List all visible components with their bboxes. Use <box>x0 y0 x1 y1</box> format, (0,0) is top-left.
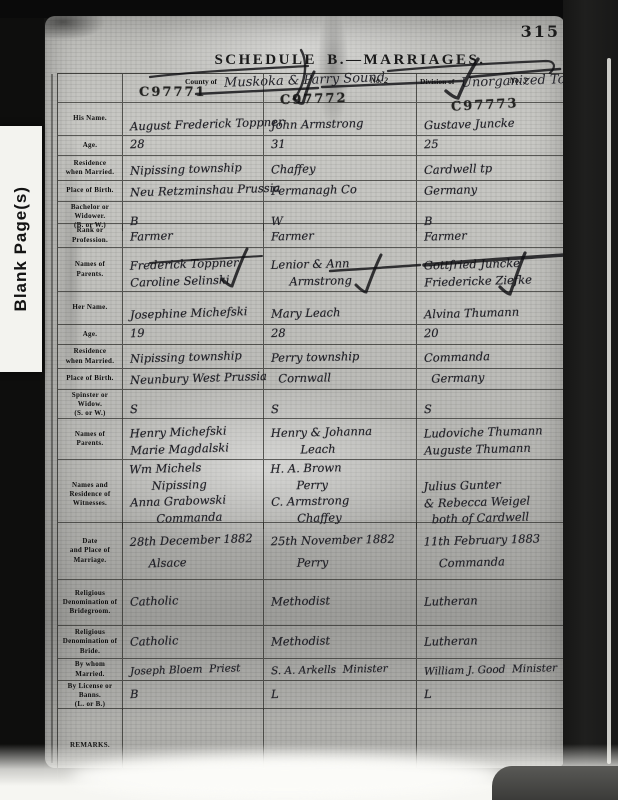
entry-text: Fermanagh Co <box>271 181 357 199</box>
entry-text: Methodist <box>271 632 330 650</box>
entry-cell: John Armstrong <box>264 103 417 135</box>
entry-text: Neu Retzminshau Prussia <box>130 180 281 201</box>
table-row: Rank or Profession. Farmer Farmer Farmer <box>58 224 564 248</box>
entry-cell: Cornwall <box>264 369 417 389</box>
entry-cell: Henry & Johanna Leach <box>264 419 417 459</box>
entry-cell: Nipissing township <box>123 156 264 180</box>
table-row: Place of Birth. Neunbury West Prussia Co… <box>58 369 564 390</box>
entry-cell: H. A. Brown Perry C. Armstrong Chaffey <box>264 460 417 529</box>
entry-text: Lutheran <box>424 592 478 610</box>
entry-cell: Mary Leach <box>264 292 417 324</box>
entry-text: Germany <box>424 182 478 200</box>
table-row: Names and Residence of Witnesses. Wm Mic… <box>58 460 564 523</box>
entry-text: Gustave Juncke <box>424 115 515 134</box>
table-row: Religious Denomination of Bridegroom. Ca… <box>58 580 564 626</box>
table-row: Residence when Married. Nipissing townsh… <box>58 345 564 369</box>
bottom-right-shadow <box>492 766 618 800</box>
entry-text: 25 <box>424 136 439 153</box>
entry-cell: Lenior & Ann Armstrong <box>264 248 417 291</box>
entry-cell: Henry Michefski Marie Magdalski <box>123 419 264 459</box>
entry-text: Nipissing township <box>130 160 242 180</box>
row-label: Age. <box>58 136 123 155</box>
table-row: Place of Birth. Neu Retzminshau Prussia … <box>58 181 564 202</box>
table-row: By License or Banns. (L. or B.) B L L <box>58 681 564 709</box>
entry-cell: B <box>123 681 264 710</box>
page-number: 315 <box>521 22 560 41</box>
entry-text: 28 <box>130 136 145 153</box>
entry-text: Chaffey <box>271 161 316 179</box>
entry-text: S <box>424 401 432 418</box>
entry-text: John Armstrong <box>271 115 364 134</box>
entry-cell: 19 <box>123 325 264 344</box>
row-label: Names and Residence of Witnesses. <box>58 460 123 529</box>
entry-cell: 28 <box>264 325 417 344</box>
entry-cell: Frederick Toppner Caroline Selinski <box>123 248 264 291</box>
entry-text: Henry Michefski Marie Magdalski <box>130 422 230 458</box>
entry-cell: Farmer <box>417 224 564 247</box>
entry-text: Neunbury West Prussia <box>130 368 267 389</box>
entry-cell: 25th November 1882 Perry <box>264 523 417 579</box>
row-label: Place of Birth. <box>58 369 123 389</box>
entry-text: Lutheran <box>424 632 478 650</box>
entry-text: 25th November 1882 Perry <box>271 528 396 578</box>
row-label: Age. <box>58 325 123 344</box>
table-row: Age. 19 28 20 <box>58 325 564 345</box>
entry-text: Perry township <box>271 348 360 367</box>
entry-cell: Farmer <box>123 224 264 247</box>
entry-text: Catholic <box>130 592 179 610</box>
entry-text: H. A. Brown Perry C. Armstrong Chaffey <box>270 459 350 527</box>
row-label: His Name. <box>58 103 123 135</box>
table-row: Date and Place of Marriage. 28th Decembe… <box>58 523 564 580</box>
entry-cell: Cardwell tp <box>417 156 564 180</box>
row-label: Spinster or Widow. (S. or W.) <box>58 390 123 419</box>
entry-cell: Gottfried Juncke Friedericke Ziefke <box>417 248 564 291</box>
entry-cell: 28 <box>123 136 264 155</box>
left-border <box>0 0 44 800</box>
table-row: Religious Denomination of Bride. Catholi… <box>58 626 564 659</box>
row-label: Residence when Married. <box>58 156 123 180</box>
entry-cell: Josephine Michefski <box>123 292 264 324</box>
entry-cell: 20 <box>417 325 564 344</box>
entry-cell: Julius Gunter & Rebecca Weigel both of C… <box>417 460 564 529</box>
entry-cell: Nipissing township <box>123 345 264 368</box>
column-number: No. 3 <box>509 76 527 85</box>
entry-cell: August Frederick Toppner <box>123 103 264 135</box>
entry-text: Cornwall <box>271 370 331 388</box>
table-row: Bachelor or Widower. (B. or W.) B W B <box>58 202 564 224</box>
table-row: By whom Married. Joseph Bloem Priest S. … <box>58 659 564 681</box>
entry-cell: Joseph Bloem Priest <box>123 659 264 680</box>
entry-text: S <box>130 400 138 417</box>
row-label: Religious Denomination of Bridegroom. <box>58 580 123 625</box>
entry-cell: Chaffey <box>264 156 417 180</box>
certificate-number: C97771 <box>139 85 207 100</box>
entry-cell: 28th December 1882 Alsace <box>123 523 264 579</box>
entry-text: Alvina Thumann <box>424 304 520 323</box>
row-label: Date and Place of Marriage. <box>58 523 123 579</box>
entry-cell: Catholic <box>123 626 264 658</box>
entry-cell: Farmer <box>264 224 417 247</box>
register-table: C97771 No. 2 C97772 No. 3 C97773 His Nam… <box>57 73 564 784</box>
column-number: No. 2 <box>370 76 388 85</box>
entry-cell: S <box>123 390 264 419</box>
entry-cell: L <box>417 681 564 710</box>
certificate-row: C97771 No. 2 C97772 No. 3 C97773 <box>58 74 564 103</box>
entry-cell: Germany <box>417 369 564 389</box>
entry-text: Methodist <box>271 593 330 611</box>
row-label: Rank or Profession. <box>58 224 123 247</box>
entry-cell: S. A. Arkells Minister <box>264 659 417 680</box>
entry-text: 11th February 1883 Commanda <box>423 528 541 579</box>
table-row: Her Name. Josephine Michefski Mary Leach… <box>58 292 564 325</box>
entry-cell: Lutheran <box>417 626 564 658</box>
entry-text: William J. Good Minister <box>424 661 558 680</box>
table-row: Names of Parents. Frederick Toppner Caro… <box>58 248 564 292</box>
page-title: SCHEDULE B.—MARRIAGES. <box>90 52 610 69</box>
register-page: SCHEDULE B.—MARRIAGES. County of Muskoka… <box>45 16 565 768</box>
entry-text: L <box>424 686 432 703</box>
entry-text: 28th December 1882 Alsace <box>129 527 254 579</box>
entry-cell: L <box>264 681 417 710</box>
entry-cell: Methodist <box>264 626 417 658</box>
entry-text: S <box>271 401 279 418</box>
entry-text: 19 <box>130 325 145 342</box>
entry-cell: S <box>264 390 417 419</box>
entry-cell: Germany <box>417 181 564 201</box>
entry-text: Frederick Toppner Caroline Selinski <box>130 254 240 291</box>
entry-cell: Gustave Juncke <box>417 103 564 135</box>
table-row: Age. 28 31 25 <box>58 136 564 156</box>
entry-text: Ludoviche Thumann Auguste Thumann <box>424 422 544 459</box>
certificate-cell: No. 2 C97772 <box>264 74 417 102</box>
entry-text: 31 <box>271 136 286 153</box>
entry-text: Commanda <box>424 348 490 367</box>
page-edge-line <box>607 58 611 764</box>
row-label: Residence when Married. <box>58 345 123 368</box>
entry-text: Lenior & Ann Armstrong <box>271 255 352 290</box>
entry-text: S. A. Arkells Minister <box>271 662 388 680</box>
entry-text: Mary Leach <box>271 305 341 323</box>
entry-text: Germany <box>424 369 485 387</box>
row-label: By License or Banns. (L. or B.) <box>58 681 123 710</box>
entry-text: Farmer <box>271 228 314 246</box>
entry-text: B <box>130 686 139 703</box>
entry-text: 28 <box>271 325 286 342</box>
row-label: Religious Denomination of Bride. <box>58 626 123 658</box>
entry-cell: Methodist <box>264 580 417 625</box>
table-row: Spinster or Widow. (S. or W.) S S S <box>58 390 564 419</box>
entry-cell: Alvina Thumann <box>417 292 564 324</box>
table-row: Residence when Married. Nipissing townsh… <box>58 156 564 181</box>
row-label: Her Name. <box>58 292 123 324</box>
entry-text: Joseph Bloem Priest <box>130 661 241 680</box>
entry-cell: Neunbury West Prussia <box>123 369 264 389</box>
entry-cell: Fermanagh Co <box>264 181 417 201</box>
entry-cell: 31 <box>264 136 417 155</box>
entry-cell: S <box>417 390 564 419</box>
entry-cell: Lutheran <box>417 580 564 625</box>
entry-text: Henry & Johanna Leach <box>271 423 373 458</box>
entry-cell: 25 <box>417 136 564 155</box>
entry-text: Wm Michels Nipissing Anna Grabowski Comm… <box>129 459 227 529</box>
entry-cell: Ludoviche Thumann Auguste Thumann <box>417 419 564 459</box>
entry-text: Josephine Michefski <box>130 303 248 323</box>
entry-cell: 11th February 1883 Commanda <box>417 523 564 579</box>
certificate-cell: No. 3 C97773 <box>417 74 564 102</box>
entry-cell: Catholic <box>123 580 264 625</box>
row-label <box>58 74 123 102</box>
blank-pages-text: Blank Page(s) <box>11 186 31 311</box>
row-label: Names of Parents. <box>58 419 123 459</box>
entry-cell: Neu Retzminshau Prussia <box>123 181 264 201</box>
entry-cell: Perry township <box>264 345 417 368</box>
entry-text: L <box>271 686 279 703</box>
blank-pages-label: Blank Page(s) <box>0 126 42 372</box>
entry-text: Nipissing township <box>130 348 242 368</box>
document-scan: SCHEDULE B.—MARRIAGES. County of Muskoka… <box>0 0 618 800</box>
white-blob <box>70 754 500 800</box>
entry-cell: Commanda <box>417 345 564 368</box>
row-label: Names of Parents. <box>58 248 123 291</box>
row-label: By whom Married. <box>58 659 123 680</box>
certificate-cell: C97771 <box>123 74 264 102</box>
table-row: Names of Parents. Henry Michefski Marie … <box>58 419 564 460</box>
entry-cell: Wm Michels Nipissing Anna Grabowski Comm… <box>123 460 264 529</box>
entry-text: Catholic <box>130 632 179 650</box>
entry-text: Julius Gunter & Rebecca Weigel both of C… <box>423 475 530 528</box>
entry-cell: William J. Good Minister <box>417 659 564 680</box>
row-label: Place of Birth. <box>58 181 123 201</box>
entry-text: Farmer <box>424 228 467 246</box>
entry-text: Farmer <box>130 228 173 246</box>
table-row: His Name. August Frederick Toppner John … <box>58 103 564 136</box>
entry-text: August Frederick Toppner <box>130 114 284 135</box>
entry-text: Cardwell tp <box>424 160 493 179</box>
entry-text: 20 <box>424 325 439 342</box>
entry-text: Gottfried Juncke Friedericke Ziefke <box>424 254 533 290</box>
